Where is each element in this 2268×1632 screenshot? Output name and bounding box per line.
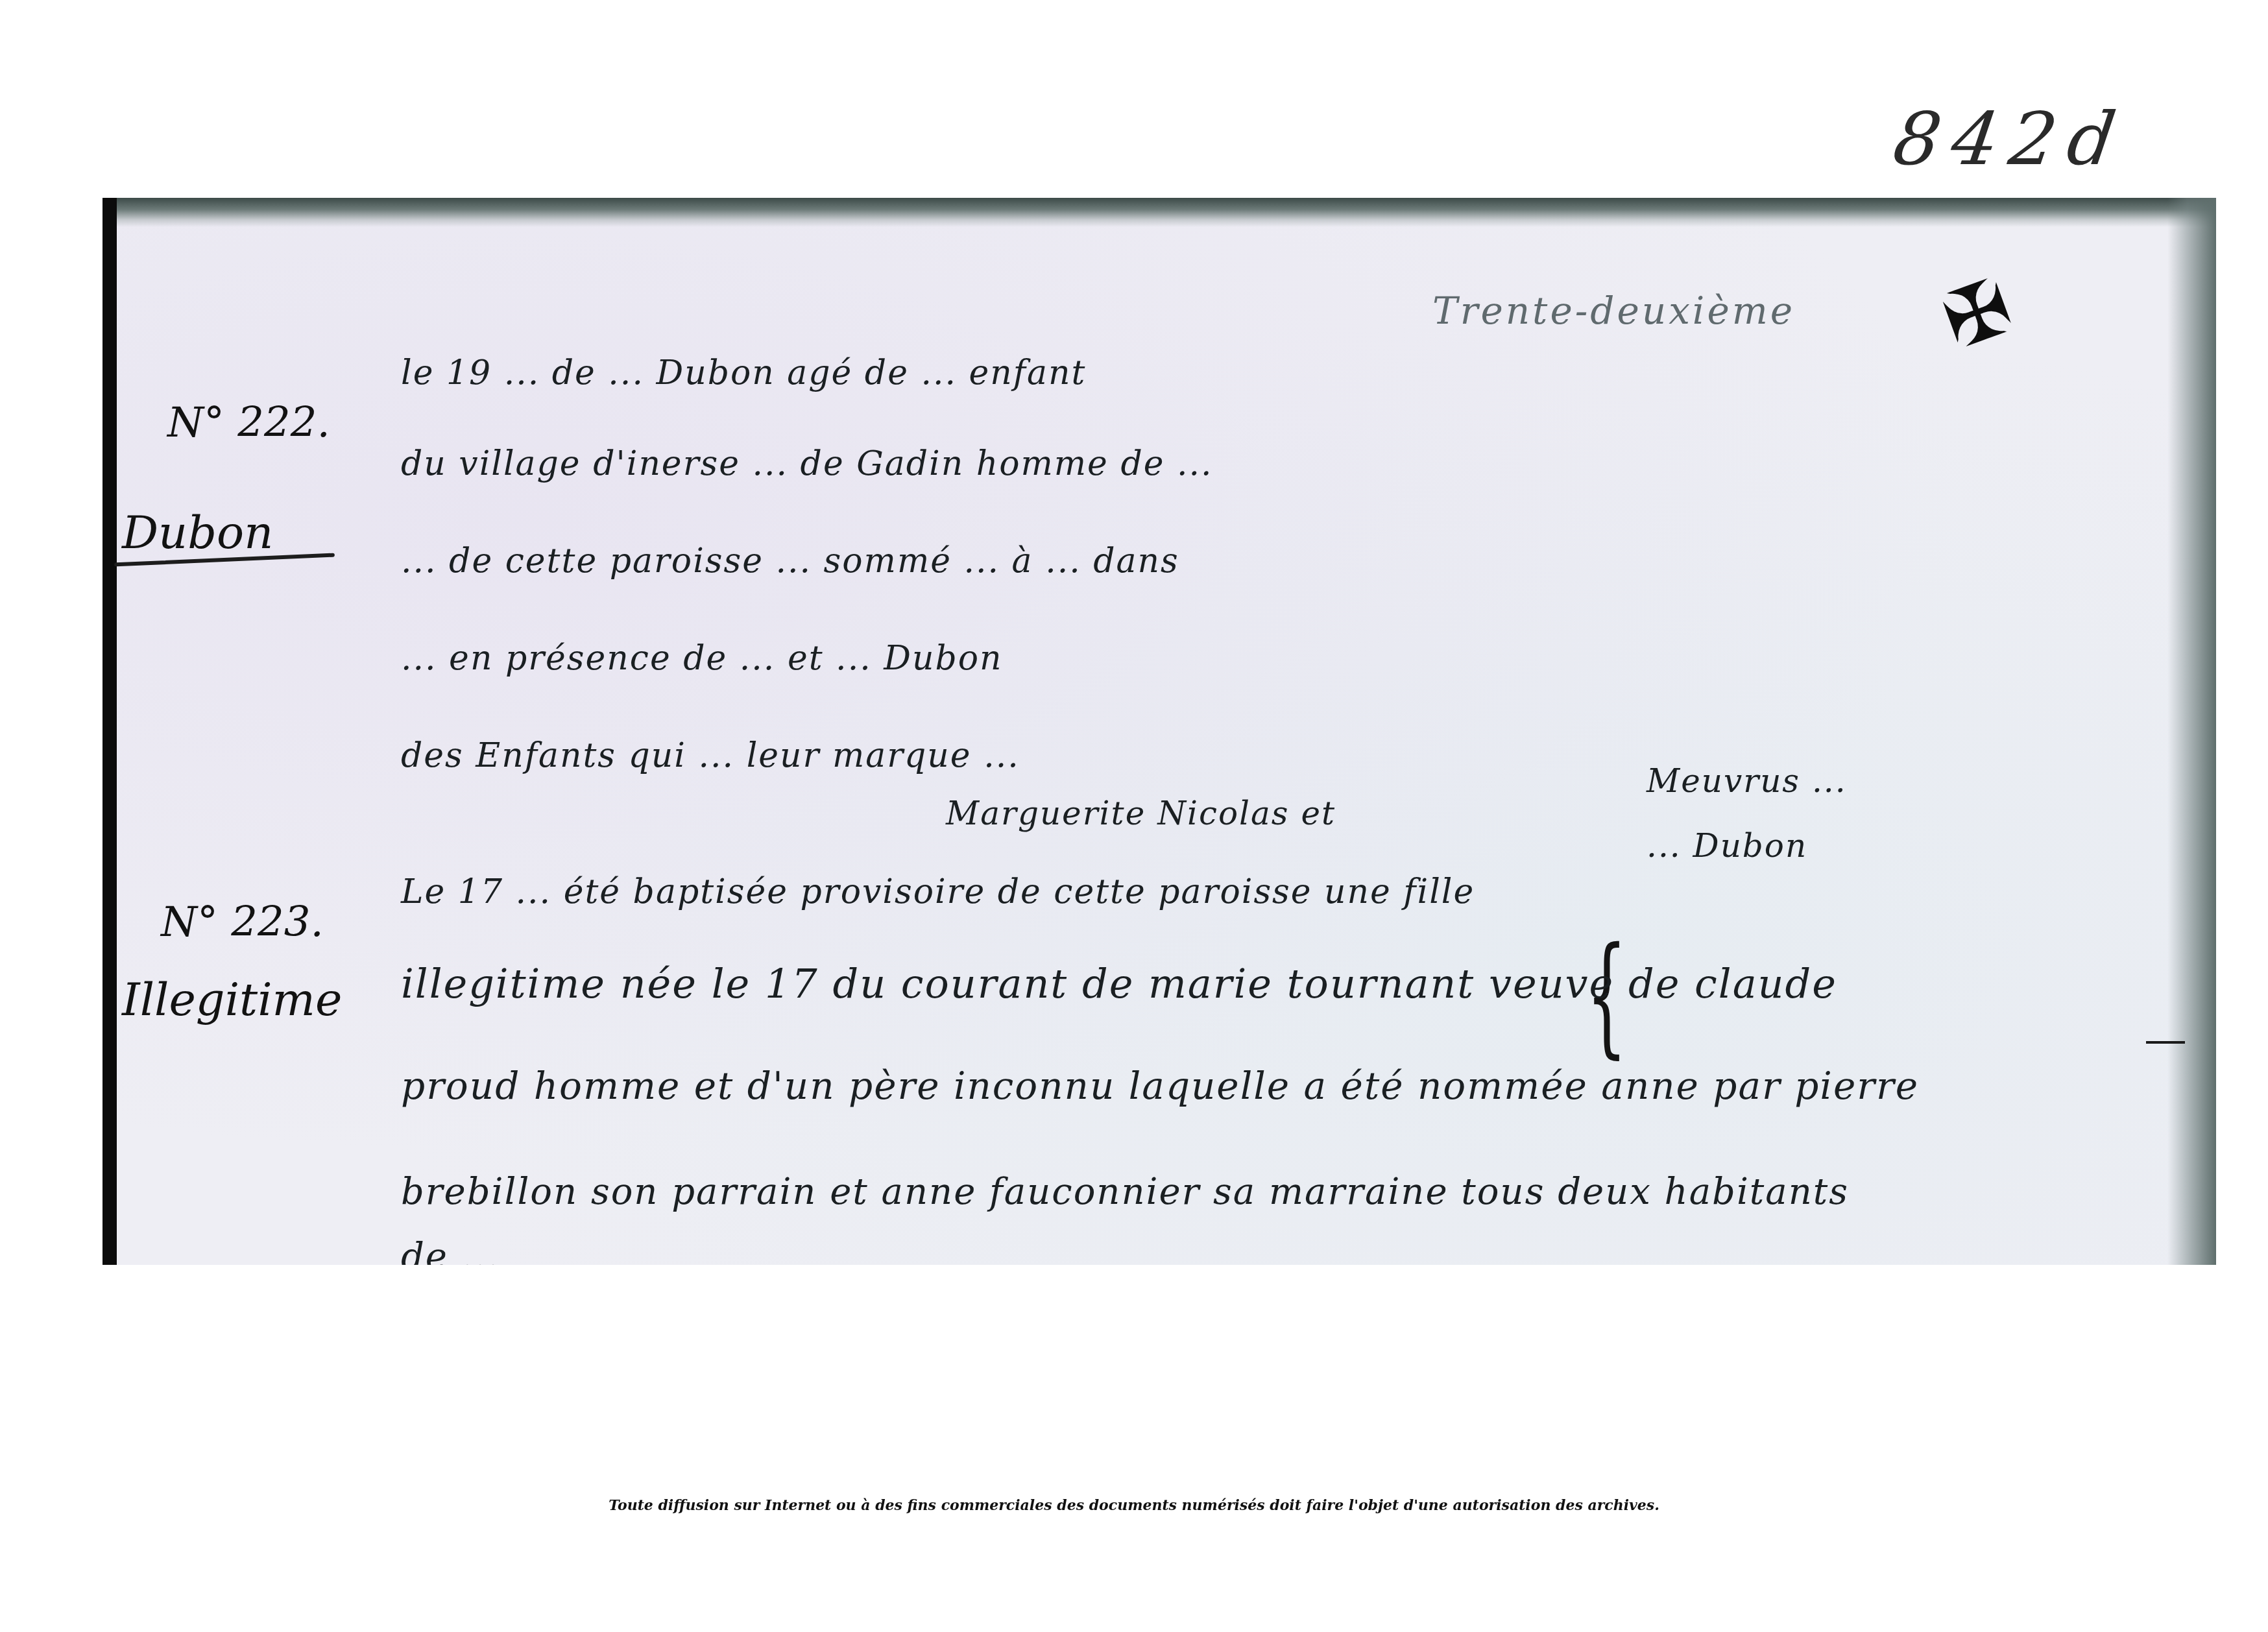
entry-222-godparent-2: ... Dubon [1647, 827, 1807, 865]
entry-223-line-4: de ... [401, 1236, 500, 1265]
line-end-dash [2146, 1041, 2185, 1044]
entry-223-name: Illegitime [122, 973, 342, 1026]
entry-223-number: N° 223. [161, 898, 324, 946]
entry-222-line-1: le 19 ... de ... Dubon agé de ... enfant [401, 354, 1086, 392]
scan-top-edge [103, 198, 2216, 227]
entry-222-name: Dubon [122, 506, 273, 559]
scan-left-border [103, 198, 117, 1265]
entry-223-line-2: proud homme et d'un père inconnu laquell… [401, 1064, 1919, 1108]
entry-223-line-3: brebillon son parrain et anne fauconnier… [401, 1171, 1849, 1213]
register-scan: Trente-deuxième ✠ N° 222. Dubon le 19 ..… [103, 198, 2216, 1265]
entry-222-godparent-heading: Meuvrus ... [1647, 762, 1847, 800]
page-number: 842d [1888, 97, 2132, 182]
entry-222-line-3: ... de cette paroisse ... sommé ... à ..… [401, 542, 1179, 581]
entry-222-line-5: des Enfants qui ... leur marque ... [401, 736, 1020, 775]
entry-222-godparent-1: Marguerite Nicolas et [946, 795, 1336, 832]
entry-222-line-7: Le 17 ... été baptisée provisoire de cet… [401, 872, 1475, 911]
copyright-notice: Toute diffusion sur Internet ou à des fi… [0, 1497, 2268, 1514]
ordinal-heading: Trente-deuxième [1432, 289, 1795, 333]
entry-222-line-2: du village d'inerse ... de Gadin homme d… [401, 444, 1213, 483]
entry-223-line-1: illegitime née le 17 du courant de marie… [401, 960, 1837, 1007]
scan-right-edge [2167, 198, 2216, 1265]
entry-222-number: N° 222. [167, 399, 330, 447]
entry-222-line-4: ... en présence de ... et ... Dubon [401, 639, 1003, 678]
paraph-flourish-icon: ✠ [1931, 261, 2023, 368]
